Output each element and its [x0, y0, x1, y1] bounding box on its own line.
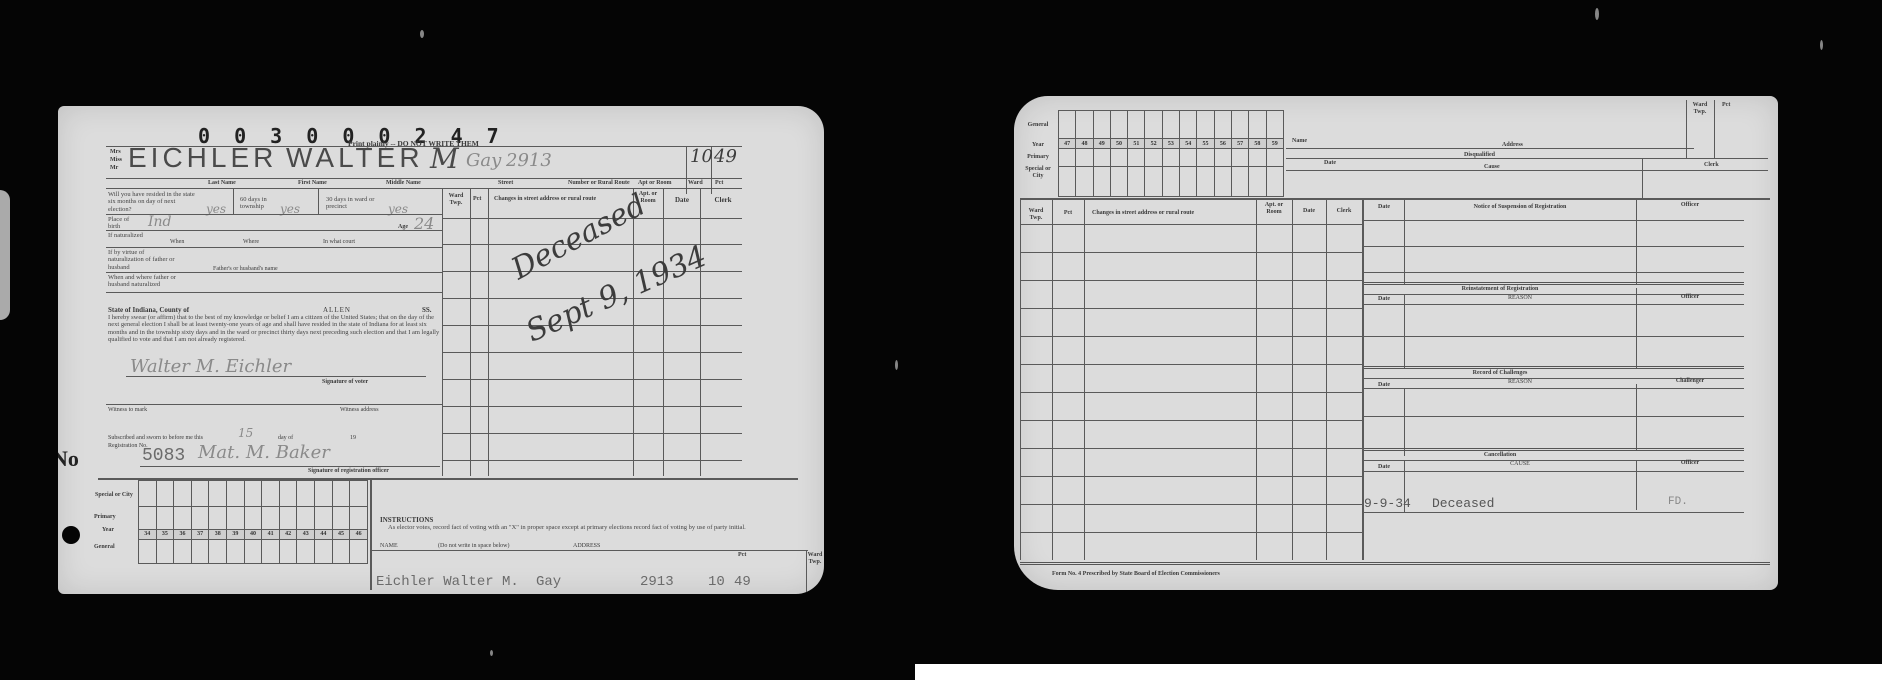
residency-state-question: Will you have resided in the state six m… [108, 191, 200, 213]
vote-cell [209, 539, 227, 563]
vote-cell [191, 507, 209, 529]
vote-cell [139, 507, 157, 529]
back-changes-header-clerk: Clerk [1328, 208, 1360, 215]
year-cell: 47 [1059, 139, 1076, 149]
row-rule [1020, 504, 1362, 505]
no-symbol: No [58, 446, 79, 472]
vote-cell [297, 539, 315, 563]
vote-cell [1076, 149, 1093, 167]
rule [1686, 100, 1687, 158]
year-cell: 54 [1180, 139, 1197, 149]
vote-cell [332, 481, 350, 507]
residency-township-question: 60 days in township [240, 196, 280, 211]
subscribed-day: 15 [238, 426, 253, 440]
row-rule [1020, 532, 1362, 533]
ward-label: Ward [688, 180, 703, 187]
vote-cell [1180, 149, 1197, 167]
typed-ward: 10 [708, 574, 725, 590]
section-rule [1364, 282, 1744, 285]
vote-cell [315, 507, 333, 529]
vote-cell [1145, 167, 1162, 197]
vote-cell [1110, 167, 1127, 197]
table-border [1052, 200, 1053, 560]
vote-cell [262, 481, 280, 507]
vote-cell [1093, 111, 1110, 139]
naturalized-when-label: When [170, 239, 184, 246]
section-rule [1364, 448, 1744, 451]
year-cell: 53 [1162, 139, 1179, 149]
rule [1364, 272, 1744, 273]
voter-signature: Walter M. Eichler [130, 356, 291, 377]
year-cell: 35 [156, 529, 174, 539]
naturalized-label: If naturalized [108, 232, 148, 239]
form-footer: Form No. 4 Prescribed by State Board of … [1052, 571, 1220, 578]
last-name-value: EICHLER [128, 142, 277, 174]
year-cell: 49 [1093, 139, 1110, 149]
section-rule [1364, 366, 1744, 369]
vote-cell [1180, 167, 1197, 197]
subscribed-day-of: day of [278, 435, 293, 442]
vote-cell [350, 507, 368, 529]
vote-cell [227, 507, 245, 529]
vote-cell [1059, 111, 1076, 139]
rule [1364, 246, 1744, 247]
witness-address-label: Witness address [340, 407, 379, 414]
name-bottom-rule [106, 178, 742, 179]
row-rule [1020, 392, 1362, 393]
subscribed-year: 19 [350, 435, 356, 442]
row-rule [442, 433, 742, 434]
row-rule [1020, 448, 1362, 449]
record-label-special: Special or City [92, 492, 136, 499]
year-cell: 44 [315, 529, 333, 539]
cancellation-header-cause: CAUSE [1406, 461, 1634, 468]
year-cell: 58 [1249, 139, 1266, 149]
vote-cell [1162, 167, 1179, 197]
reinstatement-header-date: Date [1366, 296, 1402, 303]
back-address-label: Address [1502, 142, 1523, 149]
registration-card-front: 0 0 3 0 0 0 2 4 7 Print plainly -- DO NO… [58, 106, 824, 594]
back-date-label: Date [1324, 160, 1336, 167]
vote-cell [1214, 149, 1231, 167]
vote-cell [1197, 167, 1214, 197]
year-cell: 45 [332, 529, 350, 539]
rule [1404, 388, 1405, 456]
year-cell: 38 [209, 529, 227, 539]
reinstatement-header-reason: REASON [1406, 295, 1634, 302]
vote-cell [1231, 167, 1248, 197]
challenges-header-reason: REASON [1406, 379, 1634, 386]
typed-name: Eichler Walter M. [376, 574, 519, 590]
vote-cell [227, 539, 245, 563]
rule [106, 230, 442, 231]
typed-number: 2913 [640, 574, 674, 590]
vote-cell [1093, 149, 1110, 167]
year-cell: 48 [1076, 139, 1093, 149]
year-cell: 36 [174, 529, 192, 539]
signature-rule [126, 376, 426, 377]
middle-name-value: M [430, 142, 459, 175]
naturalized-court-label: In what court [323, 239, 355, 246]
row-rule [1020, 308, 1362, 309]
rule [1286, 170, 1768, 171]
ward-box-rule [686, 146, 687, 194]
row-rule [1020, 476, 1362, 477]
ward-value: 10 [690, 146, 713, 167]
vote-cell [1197, 149, 1214, 167]
rule [1364, 336, 1744, 337]
back-record-label-year: Year [1020, 142, 1056, 149]
year-cell: 34 [139, 529, 157, 539]
back-changes-header-ward: Ward Twp. [1022, 208, 1050, 222]
vote-cell [297, 481, 315, 507]
vote-cell [279, 481, 297, 507]
vote-cell [139, 481, 157, 507]
first-name-label: First Name [298, 180, 327, 187]
year-cell: 37 [191, 529, 209, 539]
vote-cell [1162, 149, 1179, 167]
rule [1364, 512, 1744, 513]
year-cell: 56 [1214, 139, 1231, 149]
voter-signature-label: Signature of voter [322, 379, 368, 386]
vote-cell [174, 507, 192, 529]
vote-cell [332, 507, 350, 529]
oath-county: ALLEN [323, 306, 351, 314]
birth-label: Place of birth [108, 216, 138, 231]
row-rule [442, 325, 742, 326]
street-number-value: 2913 [506, 150, 552, 171]
registration-no-value: 5083 [142, 446, 185, 466]
vote-cell [279, 507, 297, 529]
back-changes-header-apt: Apt. or Room [1258, 202, 1290, 216]
rule [1404, 294, 1405, 368]
year-cell: 55 [1197, 139, 1214, 149]
vote-cell [174, 481, 192, 507]
vote-cell [279, 539, 297, 563]
naturalized-where-label: Where [243, 239, 259, 246]
number-label: Number or Rural Route [568, 180, 630, 187]
vote-cell [1231, 149, 1248, 167]
vote-cell [1076, 167, 1093, 197]
residency-ward-question: 30 days in ward or precinct [326, 196, 382, 211]
table-border [1256, 200, 1257, 560]
row-rule [1020, 252, 1362, 253]
changes-header-ward: Ward Twp. [444, 193, 468, 207]
vote-cell [1128, 167, 1145, 197]
back-pct-label: Pct [1722, 102, 1730, 109]
suspension-header-notice: Notice of Suspension of Registration [1406, 204, 1634, 211]
year-cell: 39 [227, 529, 245, 539]
rule [1636, 460, 1637, 510]
cancellation-title: Cancellation [1364, 452, 1636, 459]
vote-cell [1214, 167, 1231, 197]
back-name-label: Name [1292, 138, 1307, 145]
vote-cell [244, 507, 262, 529]
prefix-mr: Mr [110, 165, 118, 172]
subscribed-text: Subscribed and sworn to before me this [108, 435, 203, 442]
changes-header-date: Date [666, 196, 698, 204]
instructions-text: As elector votes, record fact of voting … [388, 524, 788, 531]
rule [1636, 384, 1637, 450]
birth-value: Ind [148, 214, 172, 230]
changes-header-pct: Pct [473, 196, 481, 203]
vote-cell [1145, 111, 1162, 139]
back-record-label-primary: Primary [1020, 154, 1056, 161]
year-cell: 51 [1128, 139, 1145, 149]
rule [372, 550, 808, 551]
rule [1364, 304, 1744, 305]
vote-cell [156, 481, 174, 507]
back-clerk-label: Clerk [1704, 162, 1719, 169]
table-border [1326, 200, 1327, 560]
reinstatement-title: Reinstatement of Registration [1364, 286, 1636, 293]
rule [106, 404, 442, 405]
section-rule [1020, 562, 1770, 565]
vote-cell [244, 481, 262, 507]
table-border [1020, 200, 1021, 560]
vote-cell [1076, 111, 1093, 139]
row-rule [442, 406, 742, 407]
vote-cell [156, 539, 174, 563]
vote-cell [156, 507, 174, 529]
instructions-do-not-write: (Do not write in space below) [438, 543, 509, 550]
row-rule [1020, 280, 1362, 281]
row-rule [1020, 364, 1362, 365]
first-name-value: WALTER [286, 142, 424, 174]
officer-signature-label: Signature of registration officer [308, 468, 389, 475]
row-rule [1020, 336, 1362, 337]
vote-cell [350, 539, 368, 563]
back-ward-label: Ward Twp. [1688, 102, 1712, 116]
oath-text: I hereby swear (or affirm) that to the b… [108, 314, 440, 344]
rule [1364, 220, 1744, 221]
pct-value: 49 [714, 146, 737, 167]
residency-divider [233, 188, 234, 214]
rule [1364, 416, 1744, 417]
vote-cell [262, 539, 280, 563]
cancellation-header-date: Date [1366, 464, 1402, 471]
rule [1286, 158, 1768, 159]
vote-cell [315, 481, 333, 507]
vote-cell [209, 507, 227, 529]
virtue-label: If by virtue of naturalization of father… [108, 249, 178, 271]
punch-hole [62, 526, 80, 544]
year-cell: 52 [1145, 139, 1162, 149]
vote-cell [1249, 111, 1266, 139]
back-changes-header-address: Changes in street address or rural route [1092, 210, 1194, 217]
vote-cell [209, 481, 227, 507]
table-border [1084, 200, 1085, 560]
challenges-title: Record of Challenges [1364, 370, 1636, 377]
vote-cell [1266, 149, 1283, 167]
challenges-header-challenger: Challenger [1638, 378, 1742, 385]
vote-cell [332, 539, 350, 563]
vote-cell [227, 481, 245, 507]
vote-cell [1145, 149, 1162, 167]
instructions-name-label: NAME [380, 543, 398, 550]
year-cell: 46 [350, 529, 368, 539]
residency-divider [318, 188, 319, 214]
vote-cell [1266, 167, 1283, 197]
back-record-label-special: Special or City [1020, 166, 1056, 180]
instructions-pct-label: Pct [738, 552, 746, 559]
row-rule [442, 460, 742, 461]
vote-cell [262, 507, 280, 529]
changes-header-clerk: Clerk [704, 196, 742, 204]
vote-cell [139, 539, 157, 563]
scan-white-margin [915, 664, 1882, 680]
officer-signature: Mat. M. Baker [198, 442, 330, 463]
suspension-header-date: Date [1366, 204, 1402, 211]
voting-record-grid: 34 35 36 37 38 39 40 41 42 43 44 45 46 [138, 480, 368, 564]
suspension-header-officer: Officer [1638, 202, 1742, 209]
scan-speck [1595, 8, 1599, 20]
rule [1714, 100, 1715, 158]
row-rule [1020, 224, 1362, 225]
registration-card-back: General Year Primary Special or City 47 … [1014, 96, 1778, 590]
vote-cell [1249, 149, 1266, 167]
year-cell: 57 [1231, 139, 1248, 149]
reinstatement-header-officer: Officer [1638, 294, 1742, 301]
rule [1636, 288, 1637, 368]
year-cell: 40 [244, 529, 262, 539]
instructions-title: INSTRUCTIONS [380, 516, 433, 524]
rule [1286, 148, 1694, 149]
apt-label: Apt or Room [638, 180, 672, 187]
vote-cell [1059, 149, 1076, 167]
instructions-ward-label: Ward Twp. [804, 552, 824, 566]
changes-header-address: Changes in street address or rural route [494, 196, 596, 203]
vote-cell [1162, 111, 1179, 139]
scan-speck [490, 650, 493, 656]
vote-cell [1266, 111, 1283, 139]
year-cell: 59 [1266, 139, 1283, 149]
vote-cell [191, 539, 209, 563]
prefix-mrs: Mrs [110, 149, 121, 156]
row-rule [442, 352, 742, 353]
vote-cell [1059, 167, 1076, 197]
back-changes-header-date: Date [1294, 208, 1324, 215]
vote-cell [1093, 167, 1110, 197]
vote-cell [1214, 111, 1231, 139]
vote-cell [191, 481, 209, 507]
vote-cell [315, 539, 333, 563]
witness-label: Witness to mark [108, 407, 147, 414]
rule [106, 292, 442, 293]
when-where-label: When and where father or husband natural… [108, 274, 198, 289]
year-cell: 42 [279, 529, 297, 539]
scan-edge-shadow [0, 190, 10, 320]
rule [1020, 198, 1770, 200]
record-label-primary: Primary [94, 514, 116, 521]
oath-state-line: State of Indiana, County of [108, 306, 189, 314]
instructions-border [370, 480, 372, 590]
cancellation-officer-value: FD. [1668, 496, 1688, 508]
scan-speck [420, 30, 424, 38]
instructions-address-label: ADDRESS [573, 543, 600, 550]
scan-speck [895, 360, 898, 370]
row-rule [442, 379, 742, 380]
rule [1642, 158, 1643, 198]
vote-cell [244, 539, 262, 563]
vote-cell [1249, 167, 1266, 197]
vote-cell [1128, 111, 1145, 139]
cancellation-header-officer: Officer [1638, 460, 1742, 467]
scan-speck [1820, 40, 1823, 50]
prefix-miss: Miss [110, 157, 122, 164]
rule [1364, 471, 1744, 472]
back-voting-record-grid: 47 48 49 50 51 52 53 54 55 56 57 58 59 [1058, 110, 1284, 197]
cancellation-cause-value: Deceased [1432, 496, 1494, 511]
year-cell: 41 [262, 529, 280, 539]
typed-pct: 49 [734, 574, 751, 590]
table-border [1292, 200, 1293, 560]
street-label: Street [498, 180, 513, 187]
back-record-label-general: General [1020, 122, 1056, 129]
typed-street: Gay [536, 574, 561, 590]
oath-ss: SS. [422, 306, 432, 314]
rule [106, 272, 442, 273]
pct-label: Pct [715, 180, 723, 187]
vote-cell [350, 481, 368, 507]
year-cell: 43 [297, 529, 315, 539]
year-cell: 50 [1110, 139, 1127, 149]
row-rule [1020, 420, 1362, 421]
vote-cell [174, 539, 192, 563]
last-name-label: Last Name [208, 180, 236, 187]
record-label-general: General [94, 544, 115, 551]
rule [1364, 388, 1744, 389]
vote-cell [1110, 149, 1127, 167]
street-value: Gay [466, 150, 501, 171]
record-label-year: Year [102, 527, 114, 534]
cancellation-date-value: 9-9-34 [1364, 496, 1411, 511]
vote-cell [1180, 111, 1197, 139]
vote-cell [1231, 111, 1248, 139]
name-label-rule [106, 188, 742, 189]
vote-cell [1197, 111, 1214, 139]
middle-name-label: Middle Name [386, 180, 421, 187]
vote-cell [297, 507, 315, 529]
vote-cell [1110, 111, 1127, 139]
signature-rule [140, 466, 440, 467]
vote-cell [1128, 149, 1145, 167]
back-changes-header-pct: Pct [1054, 210, 1082, 217]
rule [106, 247, 442, 248]
